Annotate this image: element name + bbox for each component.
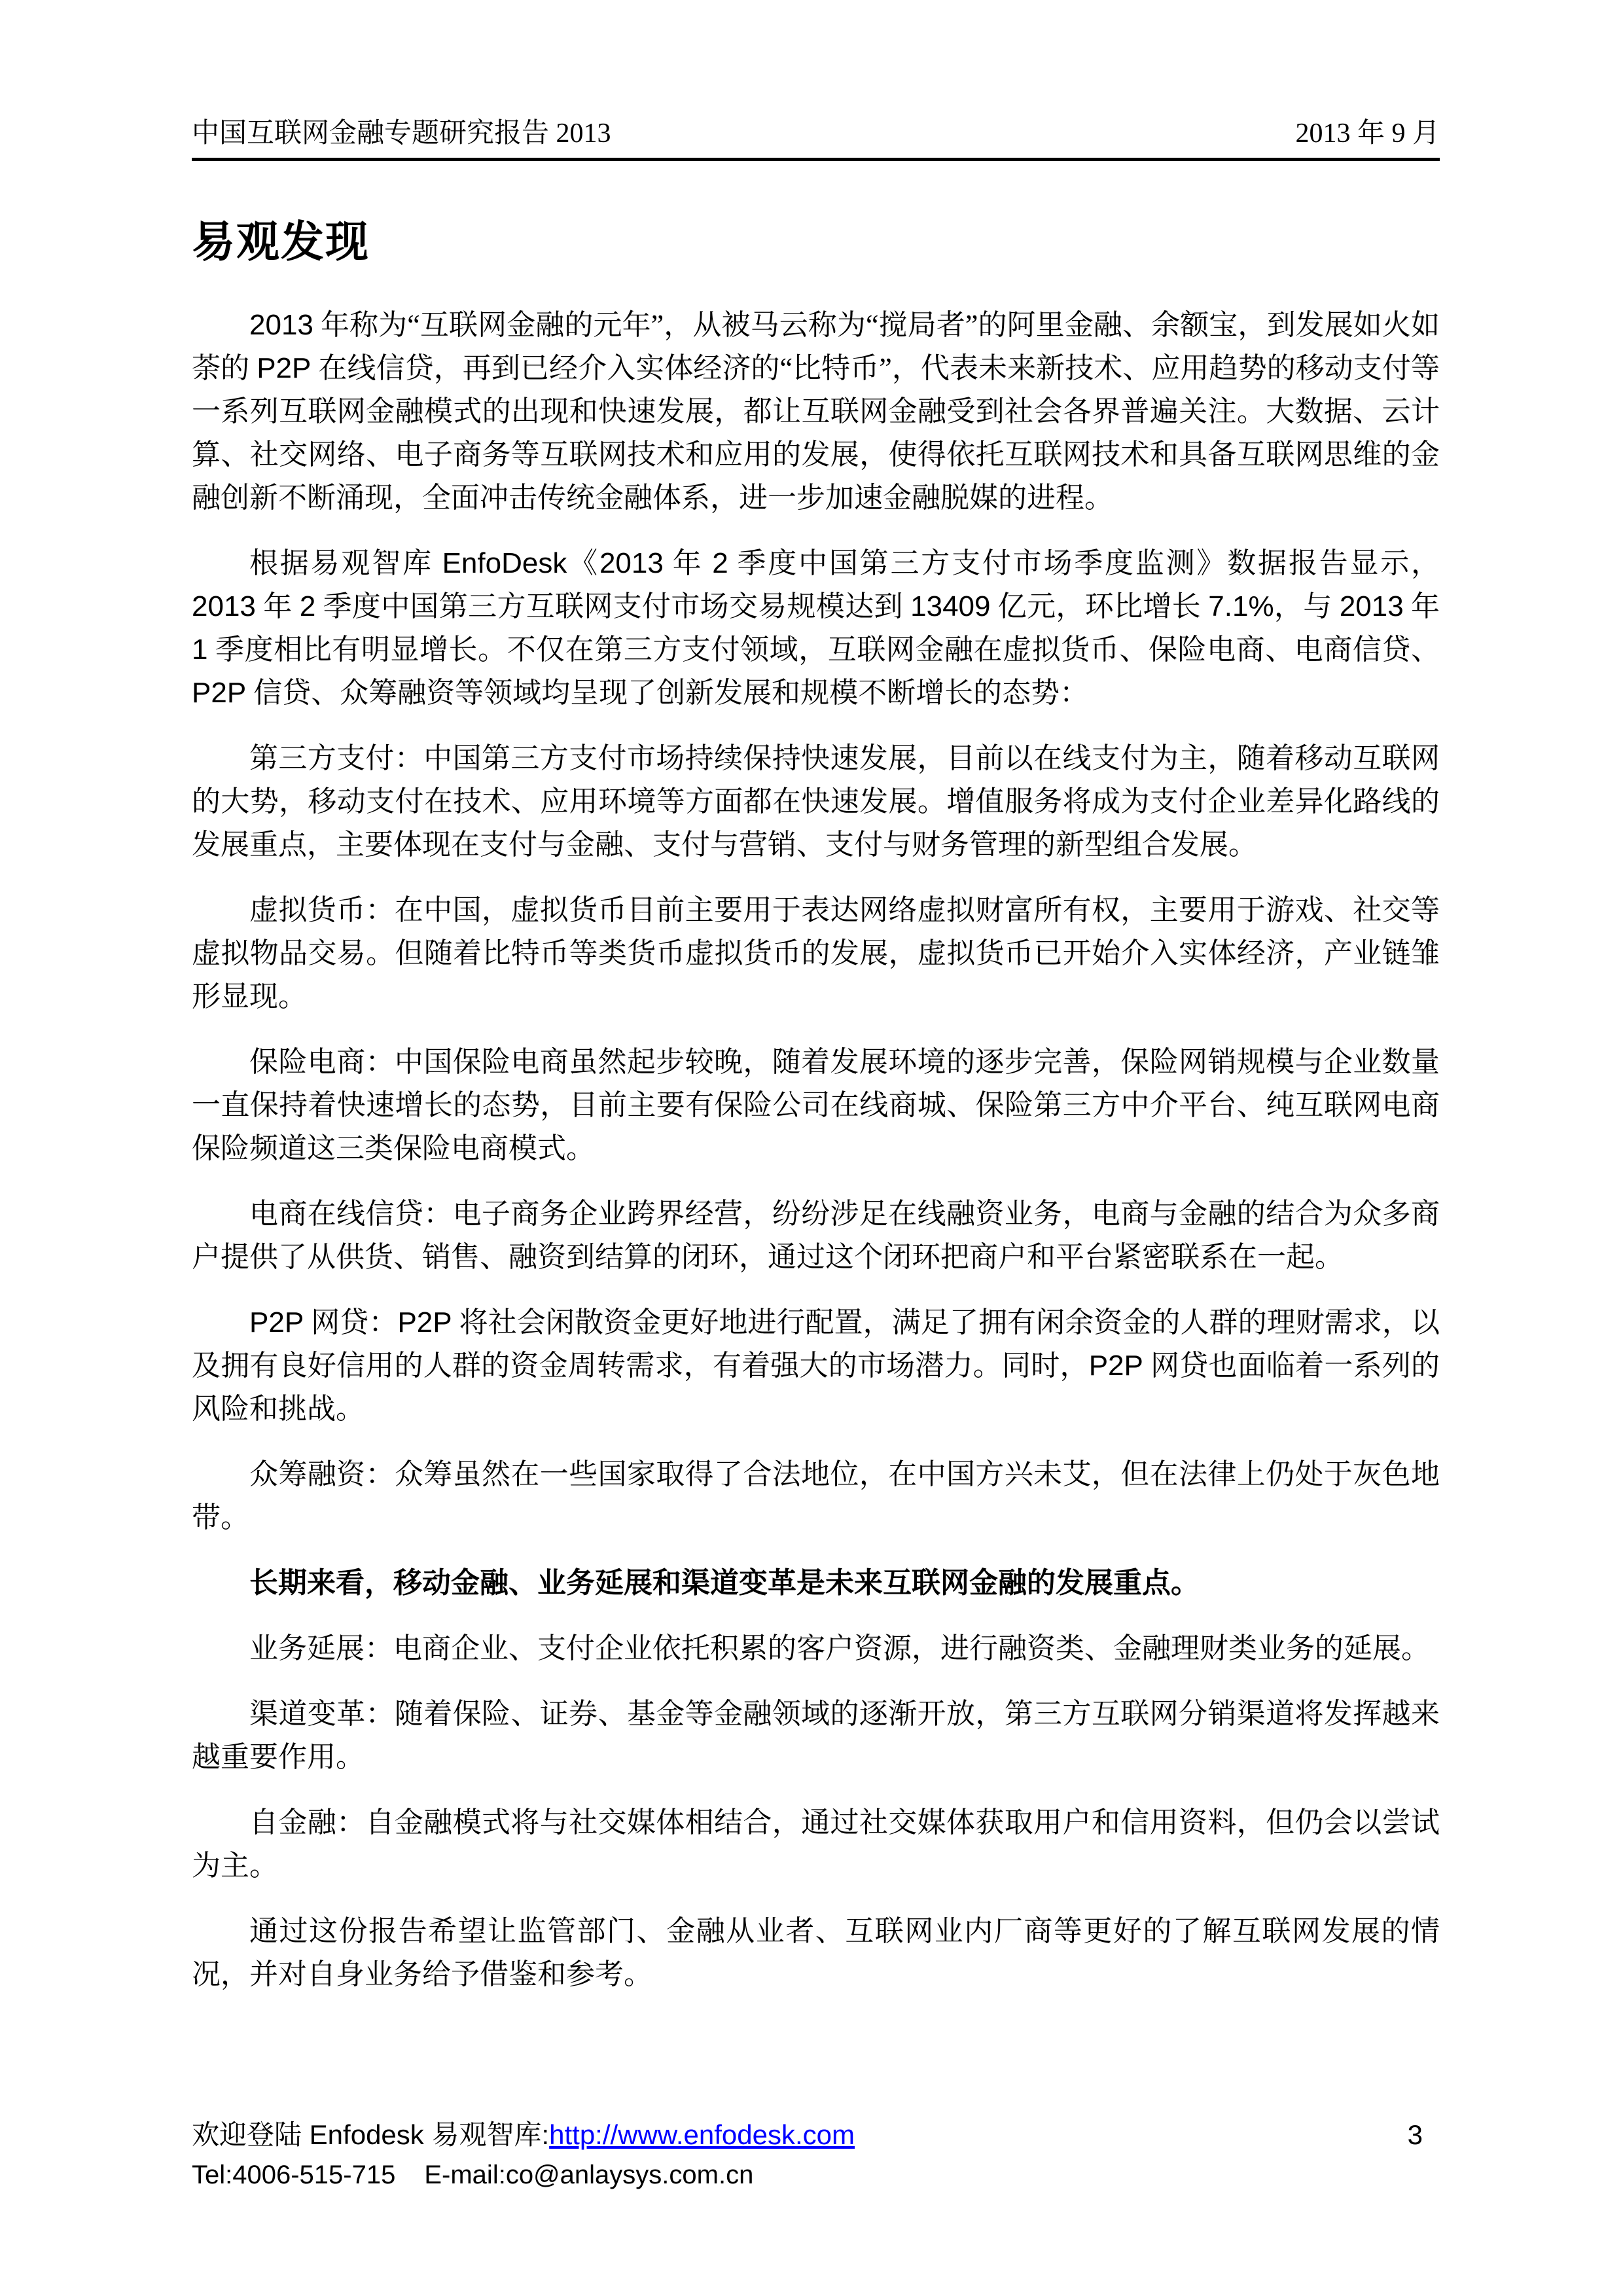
latin-run: 7.1%	[1208, 590, 1274, 622]
body-paragraph: 通过这份报告希望让监管部门、金融从业者、互联网业内厂商等更好的了解互联网发展的情…	[192, 1910, 1440, 1996]
latin-run: 1	[192, 634, 207, 666]
latin-run: P2P	[192, 677, 246, 709]
footer-welcome: 欢迎登陆 Enfodesk 易观智库:http://www.enfodesk.c…	[192, 2118, 855, 2152]
body-paragraph: 第三方支付：中国第三方支付市场持续保持快速发展，目前以在线支付为主，随着移动互联…	[192, 737, 1440, 867]
footer-contact: Tel:4006-515-715 E-mail:co@anlaysys.com.…	[192, 2159, 1440, 2191]
page-footer: 欢迎登陆 Enfodesk 易观智库:http://www.enfodesk.c…	[192, 2118, 1440, 2191]
footer-tel: Tel:4006-515-715	[192, 2159, 395, 2191]
latin-run: EnfoDesk	[442, 547, 567, 579]
latin-run: P2P	[397, 1306, 452, 1338]
latin-run: 2013	[599, 547, 664, 579]
latin-run: P2P	[257, 352, 311, 384]
latin-run: P2P	[1089, 1350, 1143, 1382]
latin-run: 2013	[249, 309, 313, 341]
page-header: 中国互联网金融专题研究报告 2013 2013 年 9 月	[192, 118, 1440, 161]
footer-email: E-mail:co@anlaysys.com.cn	[424, 2159, 753, 2191]
latin-run: P2P	[249, 1306, 304, 1338]
latin-run: 2013	[1340, 590, 1404, 622]
latin-run: 13409	[910, 590, 990, 622]
body-paragraph: 业务延展：电商企业、支付企业依托积累的客户资源，进行融资类、金融理财类业务的延展…	[192, 1627, 1440, 1670]
body-paragraph: 众筹融资：众筹虽然在一些国家取得了合法地位，在中国方兴未艾，但在法律上仍处于灰色…	[192, 1453, 1440, 1539]
body-paragraph: 自金融：自金融模式将与社交媒体相结合，通过社交媒体获取用户和信用资料，但仍会以尝…	[192, 1801, 1440, 1888]
header-date: 2013 年 9 月	[1295, 118, 1440, 149]
body-paragraph: 2013 年称为“互联网金融的元年”，从被马云称为“搅局者”的阿里金融、余额宝，…	[192, 304, 1440, 520]
body-paragraph-bold: 长期来看，移动金融、业务延展和渠道变革是未来互联网金融的发展重点。	[192, 1562, 1440, 1605]
body-paragraph: 虚拟货币：在中国，虚拟货币目前主要用于表达网络虚拟财富所有权，主要用于游戏、社交…	[192, 889, 1440, 1018]
footer-line1: 欢迎登陆 Enfodesk 易观智库:http://www.enfodesk.c…	[192, 2118, 1440, 2152]
document-page: 中国互联网金融专题研究报告 2013 2013 年 9 月 易观发现 2013 …	[0, 0, 1623, 2296]
header-report-title: 中国互联网金融专题研究报告 2013	[192, 118, 611, 149]
body-paragraph: 根据易观智库 EnfoDesk《2013 年 2 季度中国第三方支付市场季度监测…	[192, 542, 1440, 715]
latin-run: 2013	[192, 590, 256, 622]
body-paragraph: P2P 网贷：P2P 将社会闲散资金更好地进行配置，满足了拥有闲余资金的人群的理…	[192, 1301, 1440, 1431]
footer-link[interactable]: http://www.enfodesk.com	[549, 2119, 855, 2150]
footer-welcome-text: 欢迎登陆 Enfodesk 易观智库:	[192, 2119, 549, 2150]
body-paragraph: 渠道变革：随着保险、证券、基金等金融领域的逐渐开放，第三方互联网分销渠道将发挥越…	[192, 1693, 1440, 1779]
body-paragraph: 保险电商：中国保险电商虽然起步较晚，随着发展环境的逐步完善，保险网销规模与企业数…	[192, 1041, 1440, 1170]
latin-run: 2	[712, 547, 728, 579]
body-content: 2013 年称为“互联网金融的元年”，从被马云称为“搅局者”的阿里金融、余额宝，…	[192, 304, 1440, 1996]
latin-run: 2	[300, 590, 315, 622]
body-paragraph: 电商在线信贷：电子商务企业跨界经营，纷纷涉足在线融资业务，电商与金融的结合为众多…	[192, 1193, 1440, 1279]
section-title: 易观发现	[192, 217, 1440, 268]
page-number: 3	[1408, 2118, 1423, 2152]
